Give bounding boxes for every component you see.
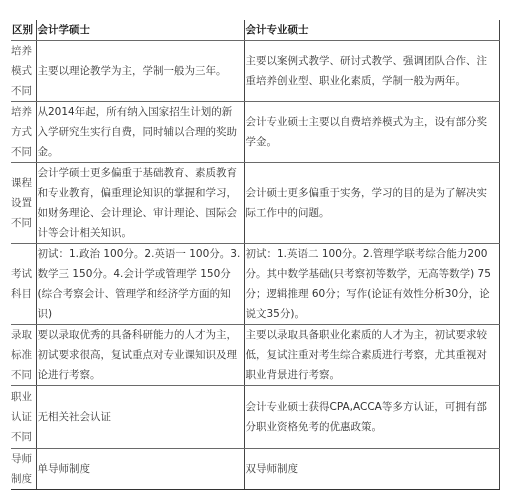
academic-cell: 初试：1.政治 100分。2.英语一 100分。3.数学三 150分。4.会计学…	[36, 244, 244, 325]
professional-cell: 初试：1.英语二 100分。2.管理学联考综合能力200分。其中数学基础(只考察…	[244, 244, 499, 325]
academic-cell: 从2014年起，所有纳入国家招生计划的新入学研究生实行自费，同时辅以合理的奖助金…	[36, 102, 244, 163]
row-label: 导师制度	[11, 449, 36, 490]
table-row-exam-subjects: 考试科目 初试：1.政治 100分。2.英语一 100分。3.数学三 150分。…	[11, 244, 499, 325]
table-row-curriculum: 课程设置不同 会计学硕士更多偏重于基础教育、素质教育和专业教育，偏重理论知识的掌…	[11, 163, 499, 244]
professional-cell: 双导师制度	[244, 449, 499, 490]
table-row-training-mode: 培养模式不同 主要以理论教学为主，学制一般为三年。 主要以案例式教学、研讨式教学…	[11, 41, 499, 102]
professional-cell: 会计硕士更多偏重于实务，学习的目的是为了解决实际工作中的问题。	[244, 163, 499, 244]
table-row-admission-criteria: 录取标准不同 要以录取优秀的具备科研能力的人才为主，初试要求很高，复试重点对专业…	[11, 325, 499, 386]
table-row-funding-method: 培养方式不同 从2014年起，所有纳入国家招生计划的新入学研究生实行自费，同时辅…	[11, 102, 499, 163]
header-academic-master: 会计学硕士	[36, 20, 244, 41]
table-row-certification: 职业认证不同 无相关社会认证 会计专业硕士获得CPA,ACCA等多方认证，可拥有…	[11, 386, 499, 449]
row-label: 课程设置不同	[11, 163, 36, 244]
row-label: 培养模式不同	[11, 41, 36, 102]
academic-cell: 主要以理论教学为主，学制一般为三年。	[36, 41, 244, 102]
professional-cell: 主要以录取具备职业化素质的人才为主，初试要求较低，复试注重对考生综合素质进行考察…	[244, 325, 499, 386]
professional-cell: 主要以案例式教学、研讨式教学、强调团队合作、注重培养创业型、职业化素质，学制一般…	[244, 41, 499, 102]
professional-cell: 会计专业硕士获得CPA,ACCA等多方认证，可拥有部分职业资格免考的优惠政策。	[244, 386, 499, 449]
academic-cell: 单导师制度	[36, 449, 244, 490]
academic-cell: 要以录取优秀的具备科研能力的人才为主，初试要求很高，复试重点对专业课知识及理论进…	[36, 325, 244, 386]
comparison-table: 区别 会计学硕士 会计专业硕士 培养模式不同 主要以理论教学为主，学制一般为三年…	[11, 20, 500, 490]
header-category: 区别	[11, 20, 36, 41]
table-row-supervisor-system: 导师制度 单导师制度 双导师制度	[11, 449, 499, 490]
row-label: 考试科目	[11, 244, 36, 325]
row-label: 职业认证不同	[11, 386, 36, 449]
row-label: 培养方式不同	[11, 102, 36, 163]
header-professional-master: 会计专业硕士	[244, 20, 499, 41]
professional-cell: 会计专业硕士主要以自费培养模式为主，设有部分奖学金。	[244, 102, 499, 163]
row-label: 录取标准不同	[11, 325, 36, 386]
header-row: 区别 会计学硕士 会计专业硕士	[11, 20, 499, 41]
academic-cell: 无相关社会认证	[36, 386, 244, 449]
academic-cell: 会计学硕士更多偏重于基础教育、素质教育和专业教育，偏重理论知识的掌握和学习，如财…	[36, 163, 244, 244]
